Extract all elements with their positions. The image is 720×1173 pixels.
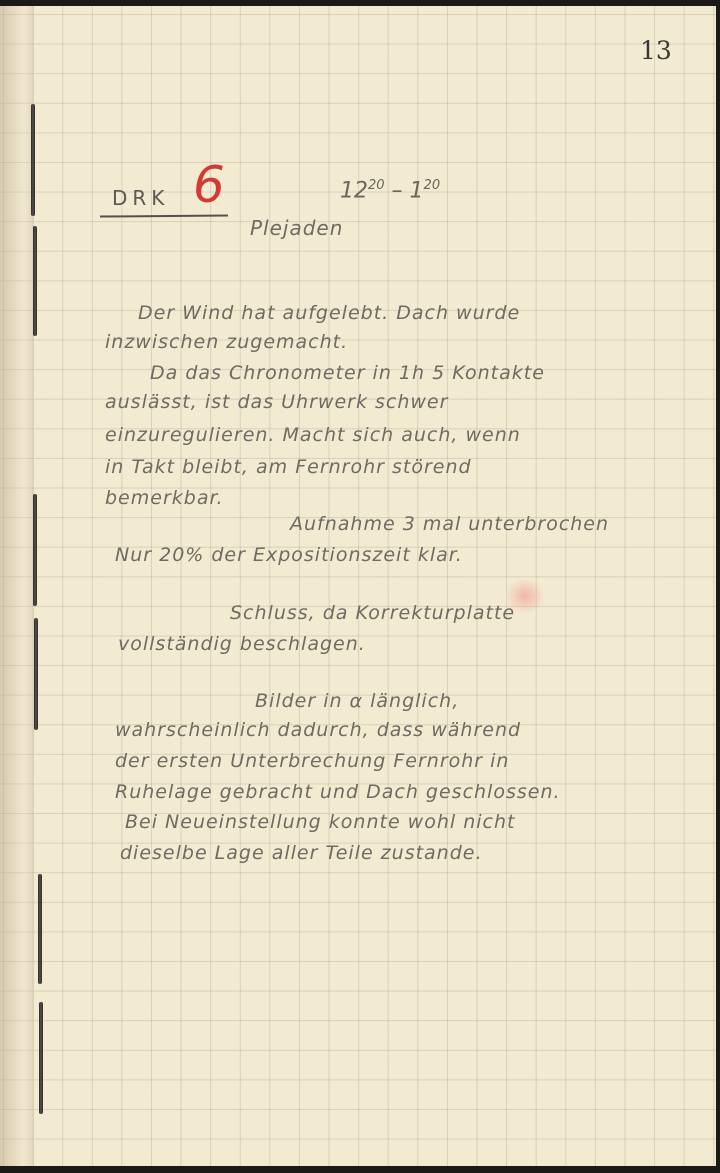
time-separator: –: [392, 178, 403, 203]
text-line: Der Wind hat aufgelebt. Dach wurde: [138, 302, 520, 324]
observation-time: 1220 – 120: [340, 178, 440, 203]
page-number: 13: [640, 36, 672, 65]
subject-label: Plejaden: [250, 216, 343, 240]
text-line: Nur 20% der Expositionszeit klar.: [115, 544, 463, 566]
observation-number: 6: [193, 156, 225, 214]
text-line: Aufnahme 3 mal unterbrochen: [290, 513, 609, 535]
text-line: Schluss, da Korrekturplatte: [230, 602, 515, 624]
binding-stitch: [34, 618, 38, 730]
text-line: Bei Neueinstellung konnte wohl nicht: [125, 811, 515, 833]
text-line: bemerkbar.: [105, 487, 224, 509]
text-line: auslässt, ist das Uhrwerk schwer: [105, 391, 448, 413]
title-underline: [100, 214, 228, 217]
text-line: in Takt bleibt, am Fernrohr störend: [105, 456, 472, 478]
text-line: einzuregulieren. Macht sich auch, wenn: [105, 424, 521, 446]
binding-stitch: [33, 226, 37, 336]
text-line: Da das Chronometer in 1h 5 Kontakte: [150, 362, 545, 384]
binding-stitch: [33, 494, 37, 606]
time-start-minutes: 20: [368, 178, 385, 193]
text-line: wahrscheinlich dadurch, dass während: [115, 719, 521, 741]
text-line: vollständig beschlagen.: [118, 633, 366, 655]
binding-gutter: [0, 6, 34, 1166]
time-end-minutes: 20: [424, 178, 441, 193]
text-line: der ersten Unterbrechung Fernrohr in: [115, 750, 509, 772]
text-line: dieselbe Lage aller Teile zustande.: [120, 842, 483, 864]
text-line: inzwischen zugemacht.: [105, 331, 348, 353]
notebook-page: 13 DRK 6 1220 – 120 Plejaden Der Wind ha…: [0, 6, 716, 1166]
observation-code: DRK: [112, 186, 169, 210]
binding-stitch: [39, 1002, 43, 1114]
time-end: 1: [410, 178, 424, 203]
time-start: 12: [340, 178, 368, 203]
binding-stitch: [31, 104, 35, 216]
text-line: Bilder in α länglich,: [255, 690, 459, 712]
text-line: Ruhelage gebracht und Dach geschlossen.: [115, 781, 561, 803]
binding-stitch: [38, 874, 42, 984]
